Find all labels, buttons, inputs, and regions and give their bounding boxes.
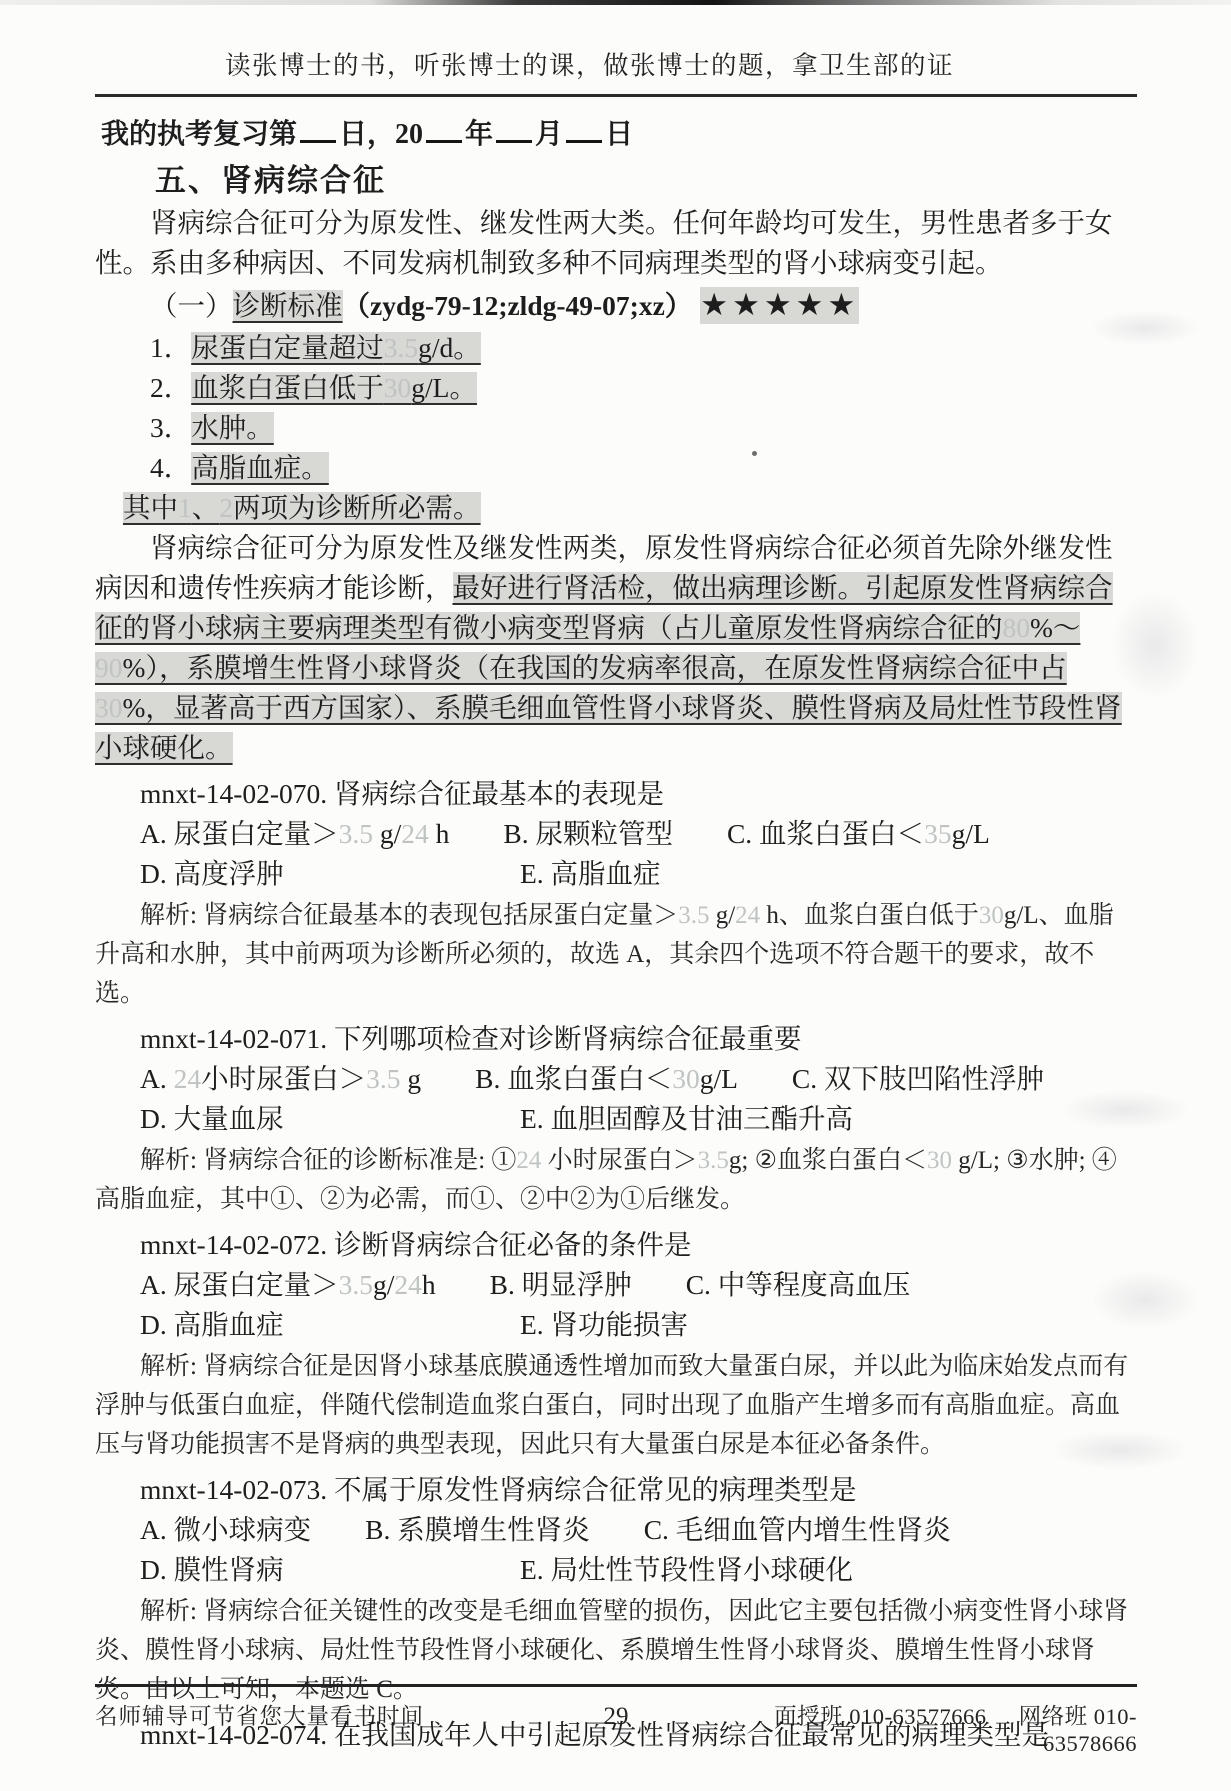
highlighted-text: 高脂血症。	[191, 452, 329, 485]
criteria-item-4: 4．高脂血症。	[150, 448, 1137, 488]
text-segment: 4．	[150, 452, 191, 483]
faint-answer: 3.5	[384, 332, 418, 365]
highlighted-text: %，显著高于西方国家）、系膜毛细血管性肾小球肾炎、膜性肾病及局灶性节段性肾小球硬…	[95, 692, 1122, 765]
text-segment: B. 尿颗粒管型	[503, 818, 673, 849]
answer-option: C. 中等程度高血压	[686, 1265, 911, 1305]
criteria-item-2: 2．血浆白蛋白低于30g/L。	[150, 368, 1137, 408]
intro-paragraph: 肾病综合征可分为原发性、继发性两大类。任何年龄均可发生，男性患者多于女性。系由多…	[95, 203, 1137, 283]
page-number: 29	[571, 1703, 661, 1731]
importance-stars: ★★★★★	[700, 287, 859, 324]
text-segment: C. 双下肢凹陷性浮肿	[792, 1063, 1044, 1094]
question-071-title: mnxt-14-02-071. 下列哪项检查对诊断肾病综合征最重要	[95, 1019, 1137, 1059]
faint-answer: 3.5	[339, 1269, 373, 1300]
answer-option: B. 尿颗粒管型	[503, 814, 673, 854]
text-segment: A. 微小球病变	[140, 1514, 311, 1545]
text-segment: C. 血浆白蛋白＜	[727, 818, 924, 849]
text-segment: mnxt-14-02-071. 下列哪项检查对诊断肾病综合征最重要	[140, 1023, 802, 1054]
text-segment: g/L	[952, 818, 990, 849]
question-070-title: mnxt-14-02-070. 肾病综合征最基本的表现是	[95, 774, 1137, 814]
header-slogan: 读张博士的书，听张博士的课，做张博士的题，拿卫生部的证	[69, 46, 1110, 82]
answer-option: A. 微小球病变	[140, 1510, 311, 1550]
answer-option: D. 高度浮肿	[140, 854, 520, 894]
fill-in-blank	[426, 136, 462, 143]
bold-text: 五、肾病综合征	[155, 163, 386, 198]
bold-text: 日	[605, 119, 633, 150]
answer-option: E. 高脂血症	[520, 854, 661, 894]
text-segment: h、血浆白蛋白低于	[760, 902, 979, 929]
bold-text: 月	[535, 119, 563, 150]
highlighted-text: %），系膜增生性肾小球肾炎（在我国的发病率很高，在原发性肾病综合征中占	[123, 652, 1067, 685]
faint-answer: 24	[394, 1269, 422, 1300]
header-divider	[95, 94, 1137, 97]
question-072-options-de: D. 高脂血症E. 肾功能损害	[140, 1305, 1137, 1345]
criteria-note: 其中1、2两项为诊断所必需。	[123, 488, 1137, 528]
answer-option: A. 尿蛋白定量＞3.5g/24h	[140, 1265, 436, 1305]
text-segment: 解析: 肾病综合征最基本的表现包括尿蛋白定量＞	[140, 902, 678, 929]
text-segment: 小时尿蛋白＞	[201, 1063, 366, 1094]
faint-answer: 3.5	[366, 1063, 400, 1094]
answer-option: D. 高脂血症	[140, 1305, 520, 1345]
answer-option: B. 系膜增生性肾炎	[365, 1510, 590, 1550]
bold-text: 我的执考复习第	[101, 119, 297, 150]
text-segment: C. 毛细血管内增生性肾炎	[644, 1514, 951, 1545]
text-segment: B. 明显浮肿	[490, 1269, 632, 1300]
text-segment: 1．	[150, 332, 191, 363]
page-footer: 名师辅导可节省您大量看书时间 29 面授班 010-63577666 网络班 0…	[95, 1684, 1137, 1757]
highlighted-text: 两项为诊断所必需。	[233, 492, 481, 525]
highlighted-text: g/d。	[418, 332, 481, 365]
text-segment: h	[422, 1269, 436, 1300]
text-segment: C. 中等程度高血压	[686, 1269, 911, 1300]
faint-answer: 1	[178, 492, 192, 525]
answer-option: A. 尿蛋白定量＞3.5 g/24 h	[140, 814, 449, 854]
text-segment: 小时尿蛋白＞	[541, 1147, 697, 1174]
text-segment: D. 高度浮肿	[140, 858, 284, 889]
answer-option: A. 24小时尿蛋白＞3.5 g	[140, 1059, 421, 1099]
text-segment: g	[401, 1063, 422, 1094]
text-segment: D. 高脂血症	[140, 1309, 284, 1340]
question-070-options-abc: A. 尿蛋白定量＞3.5 g/24 hB. 尿颗粒管型C. 血浆白蛋白＜35g/…	[140, 814, 1137, 854]
answer-option: C. 双下肢凹陷性浮肿	[792, 1059, 1044, 1099]
text-segment: 肾病综合征可分为原发性、继发性两大类。任何年龄均可发生，男性患者多于女性。系由多…	[95, 207, 1113, 278]
text-segment: mnxt-14-02-072. 诊断肾病综合征必备的条件是	[140, 1229, 692, 1260]
pathology-paragraph: 肾病综合征可分为原发性及继发性两类，原发性肾病综合征必须首先除外继发性病因和遗传…	[95, 528, 1137, 768]
text-segment: g/	[373, 818, 401, 849]
text-segment: g; ②血浆白蛋白＜	[729, 1147, 927, 1174]
text-segment: E. 血胆固醇及甘油三酯升高	[520, 1103, 853, 1134]
answer-option: B. 明显浮肿	[490, 1265, 632, 1305]
text-segment: D. 大量血尿	[140, 1103, 284, 1134]
text-segment: 解析: 肾病综合征的诊断标准是: ①	[140, 1147, 516, 1174]
question-071-options-abc: A. 24小时尿蛋白＞3.5 gB. 血浆白蛋白＜30g/LC. 双下肢凹陷性浮…	[140, 1059, 1137, 1099]
question-072-analysis: 解析: 肾病综合征是因肾小球基底膜通透性增加而致大量蛋白尿，并以此为临床始发点而…	[95, 1347, 1137, 1464]
footer-note: 名师辅导可节省您大量看书时间	[95, 1699, 571, 1731]
text-segment: mnxt-14-02-070. 肾病综合征最基本的表现是	[140, 778, 664, 809]
question-070-options-de: D. 高度浮肿E. 高脂血症	[140, 854, 1137, 894]
text-segment: h	[429, 818, 450, 849]
text-segment: g/	[373, 1269, 394, 1300]
review-progress-line: 我的执考复习第日，20年月日	[101, 115, 1137, 155]
text-segment: A. 尿蛋白定量＞	[140, 818, 339, 849]
fill-in-blank	[566, 136, 602, 143]
fill-in-blank	[496, 136, 532, 143]
question-073-options-abc: A. 微小球病变B. 系膜增生性肾炎C. 毛细血管内增生性肾炎	[140, 1510, 1137, 1550]
answer-option: C. 血浆白蛋白＜35g/L	[727, 814, 990, 854]
highlighted-text: 、	[192, 492, 220, 525]
text-segment: E. 高脂血症	[520, 858, 661, 889]
answer-option: E. 肾功能损害	[520, 1305, 688, 1345]
highlighted-text: %～	[1030, 612, 1080, 645]
question-072-options-abc: A. 尿蛋白定量＞3.5g/24hB. 明显浮肿C. 中等程度高血压	[140, 1265, 1137, 1305]
faint-answer: 30	[672, 1063, 700, 1094]
text-segment: 3．	[150, 412, 191, 443]
question-071-options-de: D. 大量血尿E. 血胆固醇及甘油三酯升高	[140, 1099, 1137, 1139]
highlighted-text: g/L。	[411, 372, 477, 405]
criteria-item-1: 1．尿蛋白定量超过3.5g/d。	[150, 328, 1137, 368]
faint-answer: 30	[384, 372, 412, 405]
footer-onsite-class-phone: 面授班 010-63577666	[774, 1704, 986, 1729]
highlighted-text: 诊断标准	[233, 290, 343, 323]
faint-answer: 24	[516, 1147, 541, 1174]
faint-answer: 90	[95, 652, 123, 685]
question-070-analysis: 解析: 肾病综合征最基本的表现包括尿蛋白定量＞3.5 g/24 h、血浆白蛋白低…	[95, 896, 1137, 1013]
answer-option: B. 血浆白蛋白＜30g/L	[475, 1059, 738, 1099]
highlighted-text: 其中	[123, 492, 178, 525]
footer-online-class-phone: 网络班 010-63578666	[1019, 1704, 1137, 1756]
text-segment: B. 系膜增生性肾炎	[365, 1514, 590, 1545]
footer-contacts: 面授班 010-63577666 网络班 010-63578666	[661, 1699, 1137, 1757]
answer-option: E. 血胆固醇及甘油三酯升高	[520, 1099, 853, 1139]
faint-answer: 24	[174, 1063, 202, 1094]
text-segment: A. 尿蛋白定量＞	[140, 1269, 339, 1300]
section-heading: 五、肾病综合征	[155, 159, 1137, 203]
question-073-options-de: D. 膜性肾病E. 局灶性节段性肾小球硬化	[140, 1550, 1137, 1590]
faint-answer: 24	[735, 902, 760, 929]
faint-answer: 24	[401, 818, 429, 849]
text-segment: A.	[140, 1063, 174, 1094]
scan-edge-artifact	[0, 0, 1231, 5]
bold-text: 年	[465, 119, 493, 150]
answer-option: C. 毛细血管内增生性肾炎	[644, 1510, 951, 1550]
faint-answer: 35	[924, 818, 952, 849]
highlighted-text: 血浆白蛋白低于	[191, 372, 384, 405]
text-segment: g/	[709, 902, 735, 929]
faint-answer: 30	[979, 902, 1004, 929]
faint-answer: 3.5	[339, 818, 373, 849]
text-segment: D. 膜性肾病	[140, 1554, 284, 1585]
text-segment: E. 局灶性节段性肾小球硬化	[520, 1554, 853, 1585]
scanned-book-page: 读张博士的书，听张博士的课，做张博士的题，拿卫生部的证 我的执考复习第日，20年…	[0, 0, 1231, 1791]
faint-answer: 80	[1003, 612, 1031, 645]
text-segment: （一）	[150, 290, 233, 321]
criteria-item-3: 3．水肿。	[150, 408, 1137, 448]
fill-in-blank	[300, 136, 336, 143]
text-segment: 解析: 肾病综合征是因肾小球基底膜通透性增加而致大量蛋白尿，并以此为临床始发点而…	[95, 1353, 1128, 1458]
faint-answer: 3.5	[698, 1147, 729, 1174]
question-071-analysis: 解析: 肾病综合征的诊断标准是: ①24 小时尿蛋白＞3.5g; ②血浆白蛋白＜…	[95, 1141, 1137, 1219]
text-segment: B. 血浆白蛋白＜	[475, 1063, 672, 1094]
highlighted-text: 水肿。	[191, 412, 274, 445]
criteria-heading: （一）诊断标准（zydg-79-12;zldg-49-07;xz）★★★★★	[150, 283, 1137, 328]
question-072-title: mnxt-14-02-072. 诊断肾病综合征必备的条件是	[95, 1225, 1137, 1265]
page-header: 读张博士的书，听张博士的课，做张博士的题，拿卫生部的证	[95, 46, 1136, 82]
text-segment: 2．	[150, 372, 191, 403]
bold-text: 日，20	[339, 119, 423, 150]
faint-answer: 3.5	[678, 902, 709, 929]
answer-option: D. 大量血尿	[140, 1099, 520, 1139]
text-segment: mnxt-14-02-073. 不属于原发性肾病综合征常见的病理类型是	[140, 1474, 857, 1505]
scan-dot-artifact	[752, 451, 757, 456]
faint-answer: 2	[219, 492, 233, 525]
highlighted-text: 尿蛋白定量超过	[191, 332, 384, 365]
answer-option: E. 局灶性节段性肾小球硬化	[520, 1550, 853, 1590]
answer-option: D. 膜性肾病	[140, 1550, 520, 1590]
bold-text: （zydg-79-12;zldg-49-07;xz）	[343, 290, 693, 321]
faint-answer: 30	[927, 1147, 952, 1174]
question-073-title: mnxt-14-02-073. 不属于原发性肾病综合征常见的病理类型是	[95, 1470, 1137, 1510]
page-content: 我的执考复习第日，20年月日五、肾病综合征肾病综合征可分为原发性、继发性两大类。…	[95, 115, 1137, 1755]
text-segment: g/L	[700, 1063, 738, 1094]
text-segment: E. 肾功能损害	[520, 1309, 688, 1340]
faint-answer: 30	[95, 692, 123, 725]
